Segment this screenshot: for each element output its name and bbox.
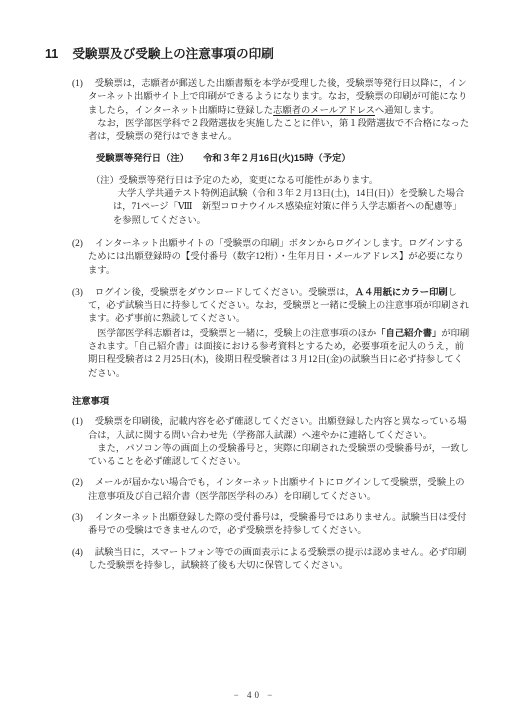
- list-item-2: (2)インターネット出願サイトの「受験票の印刷」ボタンからログインします。ログイ…: [45, 238, 470, 278]
- page-number-footer: − 40 −: [0, 689, 509, 702]
- item-number: (1): [72, 417, 83, 427]
- issue-date-label: 受験票等発行日（注）: [96, 153, 189, 163]
- paragraph: (2)インターネット出願サイトの「受験票の印刷」ボタンからログインします。ログイ…: [88, 238, 470, 278]
- note-line-1: （注）受験票等発行日は予定のため，変更になる可能性があります。: [113, 175, 470, 188]
- notes-item-2: (2)メールが届かない場合でも，インターネット出願サイトにログインして受験票，受…: [45, 477, 470, 504]
- notes-item-4: (4)試験当日に，スマートフォン等での画面表示による受験票の提示は認めません。必…: [45, 547, 470, 574]
- paragraph: (4)試験当日に，スマートフォン等での画面表示による受験票の提示は認めません。必…: [88, 547, 470, 574]
- paragraph: (1)受験票は，志願者が郵送した出願書類を本学が受理した後，受験票等発行日以降に…: [88, 78, 470, 118]
- notes-item-3: (3)インターネット出願登録した際の受付番号は，受験番号ではありません。試験当日…: [45, 512, 470, 539]
- note-label: （注）: [91, 176, 119, 186]
- note-block: （注）受験票等発行日は予定のため，変更になる可能性があります。 大学入学共通テス…: [45, 175, 470, 228]
- paragraph: (2)メールが届かない場合でも，インターネット出願サイトにログインして受験票，受…: [88, 477, 470, 504]
- document-content: 11受験票及び受験上の注意事項の印刷 (1)受験票は，志願者が郵送した出願書類を…: [45, 46, 470, 581]
- notes-item-1: (1)受験票を印刷後，記載内容を必ず確認してください。出願登録した内容と異なって…: [45, 416, 470, 469]
- paragraph-text: インターネット出願登録した際の受付番号は，受験番号ではありません。試験当日は受付…: [88, 513, 466, 536]
- list-item-1: (1)受験票は，志願者が郵送した出願書類を本学が受理した後，受験票等発行日以降に…: [45, 78, 470, 144]
- item-number: (2): [72, 478, 83, 488]
- paragraph: (1)受験票を印刷後，記載内容を必ず確認してください。出願登録した内容と異なって…: [88, 416, 470, 443]
- item-number: (3): [72, 513, 83, 523]
- paragraph-text: メールが届かない場合でも，インターネット出願サイトにログインして受験票，受験上の…: [88, 478, 465, 501]
- paragraph: (3)インターネット出願登録した際の受付番号は，受験番号ではありません。試験当日…: [88, 512, 470, 539]
- paragraph-text: へ通知します。: [375, 106, 439, 116]
- paragraph-text: 医学部医学科志願者は，受験票と一緒に，受験上の注意事項のほか: [97, 329, 376, 339]
- list-item-3: (3)ログイン後，受験票をダウンロードしてください。受験票は，Ａ４用紙にカラー印…: [45, 286, 470, 381]
- item-number: (1): [72, 79, 83, 89]
- note-text: 受験票等発行日は予定のため，変更になる可能性があります。: [119, 176, 378, 186]
- paragraph-text: 受験票を印刷後，記載内容を必ず確認してください。出願登録した内容と異なっている場…: [88, 417, 467, 440]
- bold-text: 「自己紹介書」: [376, 328, 441, 338]
- notes-heading: 注意事項: [45, 395, 470, 408]
- underlined-text: 志願者のメールアドレス: [273, 106, 375, 116]
- item-number: (3): [72, 288, 83, 298]
- section-number: 11: [45, 47, 58, 61]
- bold-text: Ａ４用紙にカラー印刷: [355, 287, 448, 297]
- paragraph: (3)ログイン後，受験票をダウンロードしてください。受験票は，Ａ４用紙にカラー印…: [88, 286, 470, 327]
- item-number: (2): [72, 239, 83, 249]
- item-number: (4): [72, 548, 83, 558]
- issue-date-line: 受験票等発行日（注）令和３年２月16日(火)15時（予定）: [45, 152, 470, 166]
- note-line-2: 大学入学共通テスト特例追試験（令和３年２月13日(土)，14日(日)）を受験した…: [113, 188, 470, 228]
- section-title-text: 受験票及び受験上の注意事項の印刷: [72, 47, 274, 61]
- sub-paragraph: 医学部医学科志願者は，受験票と一緒に，受験上の注意事項のほか「自己紹介書」が印刷…: [88, 327, 470, 381]
- document-page: 11受験票及び受験上の注意事項の印刷 (1)受験票は，志願者が郵送した出願書類を…: [0, 0, 509, 720]
- paragraph-text: インターネット出願サイトの「受験票の印刷」ボタンからログインします。ログインする…: [88, 239, 464, 276]
- issue-date-value: 令和３年２月16日(火)15時（予定）: [203, 153, 351, 163]
- page-title: 11受験票及び受験上の注意事項の印刷: [45, 46, 470, 62]
- sub-paragraph: また，パソコン等の画面上の受験番号と，実際に印刷された受験票の受験番号が，一致し…: [88, 443, 470, 470]
- paragraph-text: ログイン後，受験票をダウンロードしてください。受験票は，: [95, 288, 355, 298]
- sub-paragraph: なお，医学部医学科で２段階選抜を実施したことに伴い，第１段階選抜で不合格になった…: [88, 118, 470, 145]
- paragraph-text: 試験当日に，スマートフォン等での画面表示による受験票の提示は認めません。必ず印刷…: [88, 548, 466, 571]
